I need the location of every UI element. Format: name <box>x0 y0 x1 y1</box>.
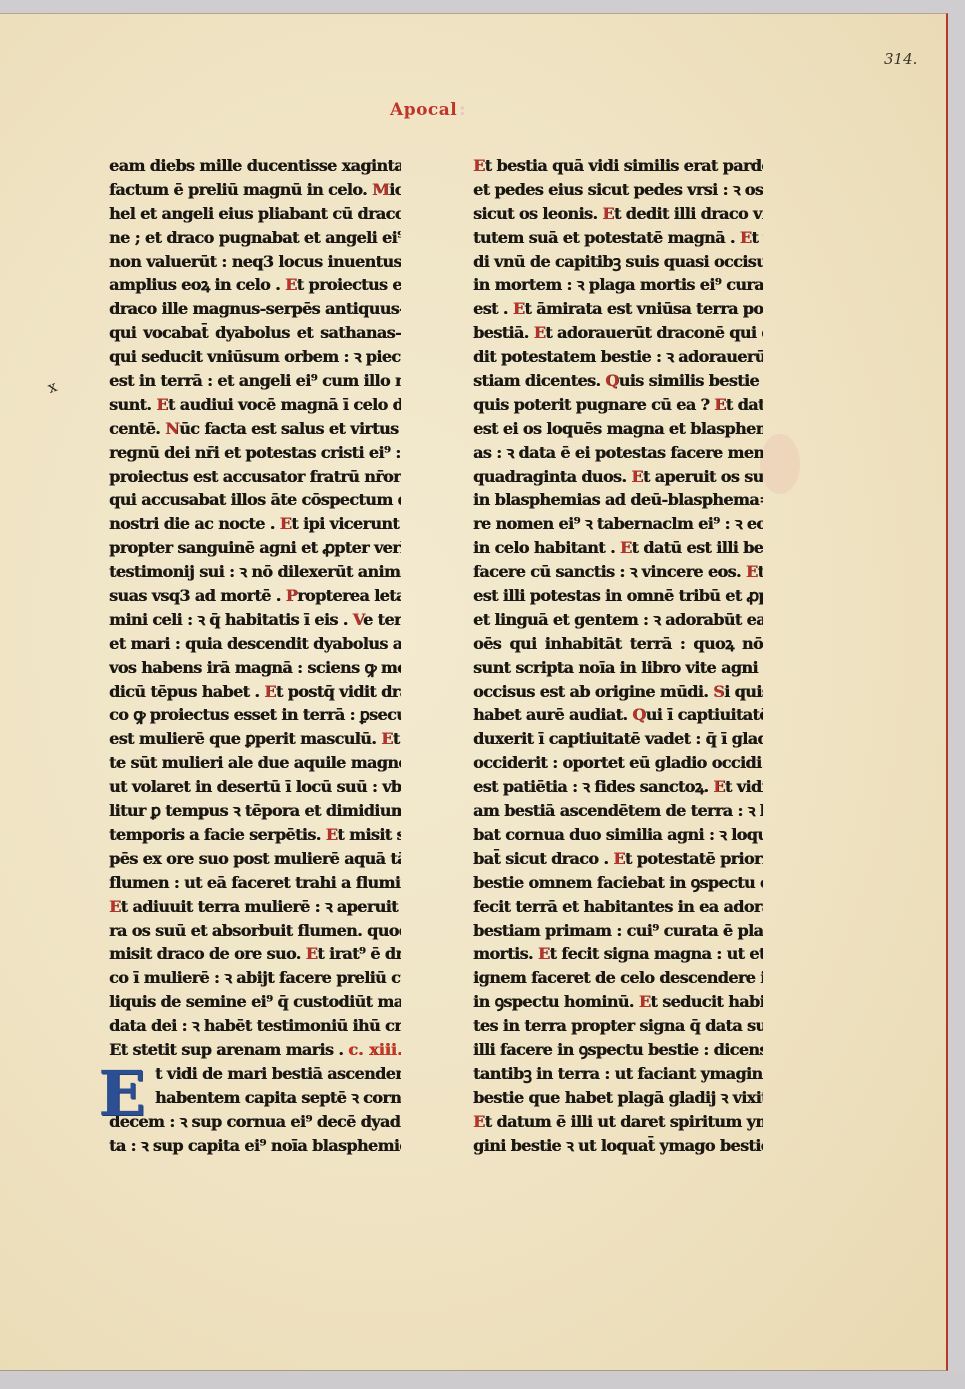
line-text: tutem suā et potestatē magnā . <box>473 228 740 247</box>
text-line: non valuerūt : neq3 locus inuentus ē <box>109 250 401 274</box>
text-line: eam diebs mille ducentisse xaginta . Et <box>109 154 401 178</box>
text-line: et pedes eius sicut pedes vrsi : ꝛ os ei… <box>473 178 763 202</box>
line-text: non valuerūt : neq3 locus inuentus ē <box>109 252 401 271</box>
line-text: t ipi vicerunt eū <box>291 514 401 533</box>
rubricated-initial: E <box>264 682 276 701</box>
text-line: et linguā et gentem : ꝛ adorabūt eam <box>473 608 763 632</box>
text-line: occisus est ab origine mūdi. Si quis <box>473 680 763 704</box>
margin-mark: x <box>45 377 59 397</box>
line-text: t adorauerūt draconē qui de= <box>545 323 763 342</box>
text-line: temporis a facie serpētis. Et misit ser= <box>109 823 401 847</box>
rubricated-initial: E <box>109 897 121 916</box>
line-text: in mortem : ꝛ plaga mortis ei⁹ curata <box>473 275 763 294</box>
text-line: data dei : ꝛ habēt testimoniū ihū cristi… <box>109 1014 401 1038</box>
line-text: regnū dei nr̄i et potestas cristi ei⁹ : … <box>109 443 401 462</box>
line-text: t datū est illi bellū <box>632 538 764 557</box>
line-text: t datum ē illi ut daret spiritum yma= <box>485 1112 763 1131</box>
line-text: i quis <box>724 682 763 701</box>
blue-lombard-initial: E <box>95 1066 149 1122</box>
line-text: et linguā et gentem : ꝛ adorabūt eam <box>473 610 763 629</box>
line-text: t vi= <box>751 228 763 247</box>
right-column: Et bestia quā vidi similis erat pardo :e… <box>473 154 763 1157</box>
line-text: decem : ꝛ sup cornua ei⁹ decē dyadema= <box>109 1112 401 1131</box>
text-line: Et adiuuit terra mulierē : ꝛ aperuit ter… <box>109 895 401 919</box>
text-line: stiam dicentes. Quis similis bestie : et <box>473 369 763 393</box>
text-line: Et datum ē illi ut daret spiritum yma= <box>473 1110 763 1134</box>
rubricated-initial: S <box>713 682 724 701</box>
rubricated-initial: Q <box>632 705 645 724</box>
rubricated-initial: E <box>620 538 632 557</box>
line-text: qui seducit vniūsum orbem : ꝛ piectus <box>109 347 401 366</box>
text-line: est mulierē que ꝑperit masculū. Et da= <box>109 727 401 751</box>
text-line: est . Et āmirata est vniūsa terra post <box>473 297 763 321</box>
text-line: centē. Nūc facta est salus et virtus et <box>109 417 401 441</box>
text-line: liquis de semine ei⁹ q̄ custodiūt man= <box>109 990 401 1014</box>
line-text: co ī mulierē : ꝛ abijt facere preliū cū … <box>109 968 401 987</box>
line-text: uis similis bestie : et <box>619 371 763 390</box>
rubricated-initial: E <box>639 992 651 1011</box>
text-line: mortis. Et fecit signa magna : ut etiā <box>473 942 763 966</box>
line-text: suas vsq3 ad mortē . <box>109 586 286 605</box>
text-line: in mortem : ꝛ plaga mortis ei⁹ curata <box>473 273 763 297</box>
red-stain <box>760 434 800 494</box>
text-line: sunt scripta noīa in libro vite agni q̄ <box>473 656 763 680</box>
line-text: qui accusabat illos āte cōspectum dei <box>109 490 401 509</box>
line-text: t proiectus est <box>297 275 401 294</box>
line-text: est illi potestas in omnē tribū et ꝓplm <box>473 586 763 605</box>
line-text: duxerit ī captiuitatē vadet : q̄ ī gladi… <box>473 729 763 748</box>
text-line: habet aurē audiat. Qui ī captiuitatē <box>473 703 763 727</box>
line-text: et mari : quia descendit dyabolus ad <box>109 634 401 653</box>
line-text: t dedit illi draco vir= <box>614 204 763 223</box>
line-text: t aperuit os suū <box>643 467 763 486</box>
text-line: vos habens irā magnā : sciens ꝙ mo= <box>109 656 401 680</box>
line-text: co ꝙ proiectus esset in terrā : ꝑsecutus <box>109 705 401 724</box>
text-line: mini celi : ꝛ q̄ habitatis ī eis . Ve te… <box>109 608 401 632</box>
rubricated-initial: E <box>613 849 625 868</box>
text-line: ta : ꝛ sup capita ei⁹ noīa blasphemie . <box>109 1134 401 1158</box>
line-text: nostri die ac nocte . <box>109 514 280 533</box>
line-text: t irat⁹ ē dra= <box>317 944 401 963</box>
line-text: t datū <box>726 395 763 414</box>
line-text: t vidi ali= <box>725 777 763 796</box>
line-text: ignem faceret de celo descendere in terr… <box>473 968 763 987</box>
rubricated-initial: E <box>713 777 725 796</box>
running-head-ghost: : <box>459 100 466 120</box>
text-line: misit draco de ore suo. Et irat⁹ ē dra= <box>109 942 401 966</box>
text-line: illi facere in ꝯspectu bestie : dicens h… <box>473 1038 763 1062</box>
line-text: ui ī captiuitatē <box>646 705 763 724</box>
text-line: flumen : ut eā faceret trahi a flumine. <box>109 871 401 895</box>
rubricated-initial: E <box>513 299 525 318</box>
text-line: bat̄ sicut draco . Et potestatē prioris <box>473 847 763 871</box>
text-line: qui seducit vniūsum orbem : ꝛ piectus <box>109 345 401 369</box>
text-line: re nomen ei⁹ ꝛ tabernaclm ei⁹ : ꝛ eos q̄ <box>473 512 763 536</box>
line-text: propter sanguinē agni et ꝓpter verbū <box>109 538 401 557</box>
background-strip <box>0 1371 965 1389</box>
rubricated-initial: E <box>714 395 726 414</box>
text-line: in ꝯspectu hominū. Et seducit habitan= <box>473 990 763 1014</box>
line-text: est mulierē que ꝑperit masculū. <box>109 729 381 748</box>
line-text: habentem capita septē ꝛ cornua <box>155 1088 401 1107</box>
line-text: litur ꝑ tempus ꝛ tēpora et dimidium <box>109 801 401 820</box>
text-line: nostri die ac nocte . Et ipi vicerunt eū <box>109 512 401 536</box>
text-line: amplius eoꝝ in celo . Et proiectus est <box>109 273 401 297</box>
line-text: te sūt mulieri ale due aquile magne : <box>109 753 401 772</box>
text-line: litur ꝑ tempus ꝛ tēpora et dimidium <box>109 799 401 823</box>
text-line: bestiam primam : cui⁹ curata ē plaga <box>473 919 763 943</box>
text-line: occiderit : oportet eū gladio occidi. Hi… <box>473 751 763 775</box>
text-line: facere cū sanctis : ꝛ vincere eos. Et da… <box>473 560 763 584</box>
line-text: am bestiā ascendētem de terra : ꝛ habe= <box>473 801 763 820</box>
line-text: re nomen ei⁹ ꝛ tabernaclm ei⁹ : ꝛ eos q̄ <box>473 514 763 533</box>
text-line: dit potestatem bestie : ꝛ adorauerūt be= <box>473 345 763 369</box>
line-text: qui vocabat̄ dyabolus et sathanas- <box>109 323 401 342</box>
text-line: qui vocabat̄ dyabolus et sathanas- <box>109 321 401 345</box>
rubricated-initial: E <box>746 562 758 581</box>
text-line: Et bestia quā vidi similis erat pardo : <box>473 154 763 178</box>
text-line: suas vsq3 ad mortē . Propterea leta= <box>109 584 401 608</box>
rubricated-initial: E <box>381 729 393 748</box>
line-text: quis poterit pugnare cū ea ? <box>473 395 714 414</box>
text-line: est illi potestas in omnē tribū et ꝓplm <box>473 584 763 608</box>
line-text: bestie omnem faciebat in ꝯspectu ei⁹ : e… <box>473 873 763 892</box>
text-line: t vidi de mari bestiā ascendentē <box>109 1062 401 1086</box>
text-line: tantibꝫ in terra : ut faciant ymaginem <box>473 1062 763 1086</box>
line-text: t adiuuit terra mulierē : ꝛ aperuit ter= <box>121 897 401 916</box>
text-line: decem : ꝛ sup cornua ei⁹ decē dyadema= <box>109 1110 401 1134</box>
line-text: t audiui vocē magnā ī celo di= <box>168 395 401 414</box>
rubricated-initial: M <box>372 180 389 199</box>
line-text: di vnū de capitibꝫ suis quasi occisum <box>473 252 763 271</box>
text-line: sicut os leonis. Et dedit illi draco vir… <box>473 202 763 226</box>
text-line: oēs qui inhabitāt terrā : quoꝝ nō <box>473 632 763 656</box>
text-line: pēs ex ore suo post mulierē aquā tāq̄ <box>109 847 401 871</box>
line-text: oēs qui inhabitāt terrā : quoꝝ nō <box>473 634 763 653</box>
rubricated-initial: E <box>473 156 485 175</box>
text-line: tutem suā et potestatē magnā . Et vi= <box>473 226 763 250</box>
line-text: quadraginta duos. <box>473 467 631 486</box>
text-line: hel et angeli eius pliabant cū draco= <box>109 202 401 226</box>
line-text: t data <box>757 562 763 581</box>
line-text: t āmirata est vniūsa terra post <box>524 299 763 318</box>
line-text: t da= <box>393 729 401 748</box>
rubricated-initial: E <box>280 514 292 533</box>
text-line: bestie omnem faciebat in ꝯspectu ei⁹ : e… <box>473 871 763 895</box>
line-text: dicū tēpus habet . <box>109 682 264 701</box>
text-line: te sūt mulieri ale due aquile magne : <box>109 751 401 775</box>
line-text: est . <box>473 299 513 318</box>
line-text: ra os suū et absorbuit flumen. quod <box>109 921 401 940</box>
text-line: bestie que habet plagā gladij ꝛ vixit. <box>473 1086 763 1110</box>
line-text: bat̄ sicut draco . <box>473 849 613 868</box>
line-text: flumen : ut eā faceret trahi a flumine. <box>109 873 401 892</box>
text-line: ne ; et draco pugnabat et angeli ei⁹ et <box>109 226 401 250</box>
folio-number: 314. <box>884 50 917 68</box>
text-line: in celo habitant . Et datū est illi bell… <box>473 536 763 560</box>
rubricated-initial: E <box>285 275 297 294</box>
line-text: liquis de semine ei⁹ q̄ custodiūt man= <box>109 992 401 1011</box>
line-text: habet aurē audiat. <box>473 705 632 724</box>
rubricated-initial: E <box>306 944 318 963</box>
line-text: eam diebs mille ducentisse xaginta . <box>109 156 401 175</box>
rubricated-initial: N <box>165 419 179 438</box>
text-line: et mari : quia descendit dyabolus ad <box>109 632 401 656</box>
text-line: factum ē preliū magnū in celo. Micha= <box>109 178 401 202</box>
rubricated-initial: E <box>534 323 546 342</box>
text-line: propter sanguinē agni et ꝓpter verbū <box>109 536 401 560</box>
line-text: dit potestatem bestie : ꝛ adorauerūt be= <box>473 347 763 366</box>
text-line: regnū dei nr̄i et potestas cristi ei⁹ : … <box>109 441 401 465</box>
rubricated-initial: V <box>353 610 363 629</box>
text-line: est ei os loquēs magna et blasphemi= <box>473 417 763 441</box>
rubricated-initial: E <box>156 395 168 414</box>
line-text: t bestia quā vidi similis erat pardo : <box>485 156 763 175</box>
line-text: fecit terrā et habitantes in ea adorare <box>473 897 763 916</box>
text-line: di vnū de capitibꝫ suis quasi occisum <box>473 250 763 274</box>
line-text: in celo habitant . <box>473 538 620 557</box>
line-text: sicut os leonis. <box>473 204 602 223</box>
line-text: in blasphemias ad deū-blasphema= <box>473 490 763 509</box>
line-text: t seducit habitan= <box>650 992 763 1011</box>
text-line: qui accusabat illos āte cōspectum dei <box>109 488 401 512</box>
line-text: bestie que habet plagā gladij ꝛ vixit. <box>473 1088 763 1107</box>
line-text: testimonij sui : ꝛ nō dilexerūt animas <box>109 562 401 581</box>
line-text: bat cornua duo similia agni : ꝛ loque= <box>473 825 763 844</box>
line-text: stiam dicentes. <box>473 371 605 390</box>
rubricated-initial: E <box>631 467 643 486</box>
line-text: bestiā. <box>473 323 534 342</box>
line-text: temporis a facie serpētis. <box>109 825 326 844</box>
text-line: proiectus est accusator fratrū nr̄orū : <box>109 465 401 489</box>
manuscript-page: 314. Apocal: x eam diebs mille ducentiss… <box>0 13 948 1371</box>
text-line: bat cornua duo similia agni : ꝛ loque= <box>473 823 763 847</box>
line-text: factum ē preliū magnū in celo. <box>109 180 372 199</box>
line-text: ropterea leta= <box>297 586 401 605</box>
rubricated-initial: E <box>473 1112 485 1131</box>
line-text: hel et angeli eius pliabant cū draco= <box>109 204 401 223</box>
text-line: ra os suū et absorbuit flumen. quod <box>109 919 401 943</box>
line-text: est in terrā : et angeli ei⁹ cum illo mi… <box>109 371 401 390</box>
line-text: occiderit : oportet eū gladio occidi. <box>473 753 763 772</box>
text-line: sunt. Et audiui vocē magnā ī celo di= <box>109 393 401 417</box>
line-text: in ꝯspectu hominū. <box>473 992 639 1011</box>
line-text: pēs ex ore suo post mulierē aquā tāq̄ <box>109 849 401 868</box>
rubricated-initial: E <box>538 944 550 963</box>
line-text: gini bestie ꝛ ut loquat̄ ymago bestie : <box>473 1136 763 1155</box>
text-line: fecit terrā et habitantes in ea adorare <box>473 895 763 919</box>
text-line: dicū tēpus habet . Et postq̄ vidit dra= <box>109 680 401 704</box>
text-line: ut volaret in desertū ī locū suū : vbi a… <box>109 775 401 799</box>
text-line: est in terrā : et angeli ei⁹ cum illo mi… <box>109 369 401 393</box>
text-line: draco ille magnus-serpēs antiquus- <box>109 297 401 321</box>
text-line: co ī mulierē : ꝛ abijt facere preliū cū … <box>109 966 401 990</box>
line-text: centē. <box>109 419 165 438</box>
line-text: mini celi : ꝛ q̄ habitatis ī eis . <box>109 610 353 629</box>
line-text: t misit ser= <box>337 825 401 844</box>
line-text: e terre <box>363 610 401 629</box>
rubricated-initial: E <box>740 228 752 247</box>
running-head: Apocal: <box>390 100 466 120</box>
rubricated-initial: E <box>602 204 614 223</box>
text-line: tes in terra propter signa q̄ data sunt <box>473 1014 763 1038</box>
text-line: in blasphemias ad deū-blasphema= <box>473 488 763 512</box>
line-text: occisus est ab origine mūdi. <box>473 682 713 701</box>
line-text: vos habens irā magnā : sciens ꝙ mo= <box>109 658 401 677</box>
left-column: eam diebs mille ducentisse xaginta . Etf… <box>109 154 401 1157</box>
text-line: testimonij sui : ꝛ nō dilexerūt animas <box>109 560 401 584</box>
line-text: ūc facta est salus et virtus et <box>179 419 401 438</box>
line-text: t postq̄ vidit dra= <box>276 682 401 701</box>
line-text: draco ille magnus-serpēs antiquus- <box>109 299 401 318</box>
text-line: duxerit ī captiuitatē vadet : q̄ ī gladi… <box>473 727 763 751</box>
line-text: tantibꝫ in terra : ut faciant ymaginem <box>473 1064 763 1083</box>
line-text: ut volaret in desertū ī locū suū : vbi a… <box>109 777 401 796</box>
line-text: est ei os loquēs magna et blasphemi= <box>473 419 763 438</box>
rubricated-initial: Q <box>605 371 618 390</box>
line-text: illi facere in ꝯspectu bestie : dicens h… <box>473 1040 763 1059</box>
text-line: quadraginta duos. Et aperuit os suū <box>473 465 763 489</box>
line-text: ta : ꝛ sup capita ei⁹ noīa blasphemie . <box>109 1136 401 1155</box>
line-text: facere cū sanctis : ꝛ vincere eos. <box>473 562 746 581</box>
line-text: est patiētia : ꝛ fides sanctoꝝ. <box>473 777 713 796</box>
line-text: proiectus est accusator fratrū nr̄orū : <box>109 467 401 486</box>
line-text: sunt. <box>109 395 156 414</box>
text-line: bestiā. Et adorauerūt draconē qui de= <box>473 321 763 345</box>
text-line: gini bestie ꝛ ut loquat̄ ymago bestie : <box>473 1134 763 1158</box>
running-head-text: Apocal <box>390 100 457 120</box>
rubricated-initial: E <box>326 825 338 844</box>
line-text: tes in terra propter signa q̄ data sunt <box>473 1016 763 1035</box>
line-text: sunt scripta noīa in libro vite agni q̄ <box>473 658 763 677</box>
line-text: t vidi de mari bestiā ascendentē <box>155 1064 401 1083</box>
line-text: icha= <box>389 180 401 199</box>
text-line: est patiētia : ꝛ fides sanctoꝝ. Et vidi … <box>473 775 763 799</box>
line-text: amplius eoꝝ in celo . <box>109 275 285 294</box>
line-text: Et stetit sup arenam maris . <box>109 1040 348 1059</box>
text-line: Et stetit sup arenam maris . c. xiii. <box>109 1038 401 1062</box>
text-line: habentem capita septē ꝛ cornua <box>109 1086 401 1110</box>
text-line: quis poterit pugnare cū ea ? Et datū <box>473 393 763 417</box>
text-line: co ꝙ proiectus esset in terrā : ꝑsecutus <box>109 703 401 727</box>
text-line: ignem faceret de celo descendere in terr… <box>473 966 763 990</box>
line-text: misit draco de ore suo. <box>109 944 306 963</box>
line-text: mortis. <box>473 944 538 963</box>
rubricated-initial: P <box>286 586 297 605</box>
line-text: et pedes eius sicut pedes vrsi : ꝛ os ei… <box>473 180 763 199</box>
line-text: ne ; et draco pugnabat et angeli ei⁹ et <box>109 228 401 247</box>
line-text: as : ꝛ data ē ei potestas facere menses <box>473 443 763 462</box>
text-line: am bestiā ascendētem de terra : ꝛ habe= <box>473 799 763 823</box>
chapter-number: c. xiii. <box>348 1040 401 1059</box>
line-text: data dei : ꝛ habēt testimoniū ihū cristi… <box>109 1016 401 1035</box>
text-line: as : ꝛ data ē ei potestas facere menses <box>473 441 763 465</box>
line-text: t potestatē prioris <box>625 849 763 868</box>
line-text: bestiam primam : cui⁹ curata ē plaga <box>473 921 763 940</box>
line-text: t fecit signa magna : ut etiā <box>549 944 763 963</box>
